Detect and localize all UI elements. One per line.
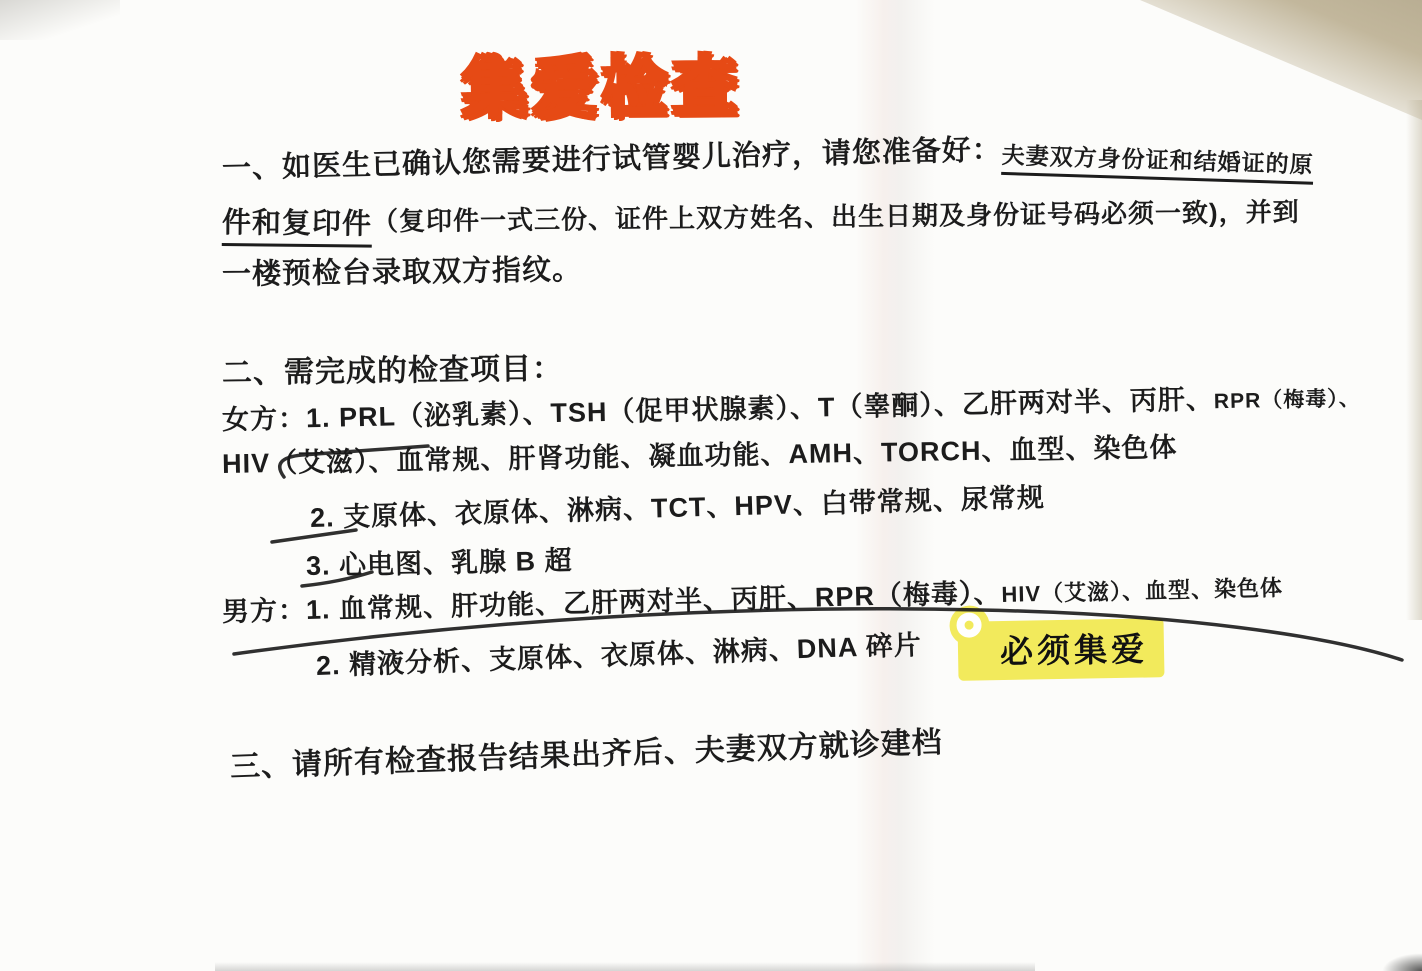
intro-line2: 件和复印件（复印件一式三份、证件上双方姓名、出生日期及身份证号码必须一致)，并到: [222, 189, 1300, 246]
intro-line2-text: （复印件一式三份、证件上双方姓名、出生日期及身份证号码必须一致)，并到: [372, 197, 1300, 237]
page-title: 集爱检查: [462, 35, 743, 129]
intro-line1: 一、如医生已确认您需要进行试管婴儿治疗，请您准备好：夫妻双方身份证和结婚证的原: [221, 119, 1314, 190]
photo-edge-shadow-right: [1406, 100, 1422, 620]
intro-line3: 一楼预检台录取双方指纹。: [222, 247, 583, 293]
male-exams-item2: 2. 精液分析、支原体、衣原体、淋病、DNA 碎片: [315, 623, 922, 683]
photo-corner-mark-bottomright: [1382, 953, 1422, 971]
male-exams-line1-tail: HIV（艾滋）、血型、染色体: [1001, 575, 1283, 607]
document-photo: 集爱检查 一、如医生已确认您需要进行试管婴儿治疗，请您准备好：夫妻双方身份证和结…: [0, 0, 1422, 971]
female-exams-line1-tail: RPR（梅毒）、: [1214, 387, 1361, 413]
closing-line: 三、请所有检查报告结果出齐后、夫妻双方就诊建档: [229, 717, 943, 786]
exam-items-heading: 二、需完成的检查项目：: [222, 343, 564, 392]
photo-corner-shadow-topright: [1122, 0, 1422, 125]
intro-line1-underlined: 夫妻双方身份证和结婚证的原: [1001, 137, 1314, 185]
photo-corner-shadow-topleft: [0, 0, 120, 40]
highlight-tag: 必须集爱: [958, 618, 1165, 681]
photo-bottom-shadow: [215, 962, 1035, 971]
intro-line2-underlined: 件和复印件: [222, 200, 372, 248]
female-exams-item3: 3. 心电图、乳腺 B 超: [306, 538, 573, 583]
pin-ring-icon: [949, 605, 990, 646]
highlight-label: 必须集爱: [1000, 630, 1149, 670]
